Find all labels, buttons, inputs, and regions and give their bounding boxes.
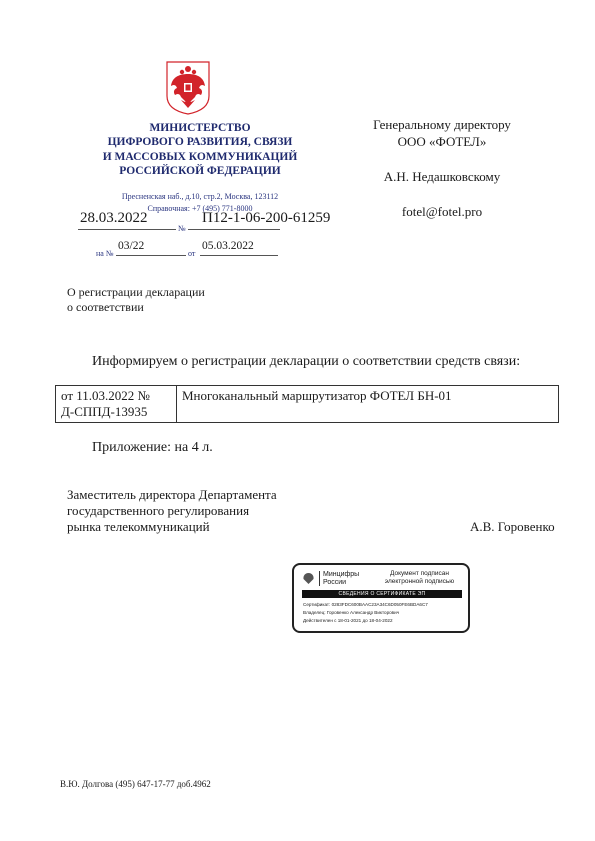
reference-date: 05.03.2022 (202, 240, 254, 252)
emblem-small-icon (302, 572, 315, 585)
ministry-address: Пресненская наб., д.10, стр.2, Москва, 1… (70, 191, 330, 203)
registration-date-underline (78, 229, 176, 230)
recipient-email[interactable]: fotel@fotel.pro (352, 203, 532, 220)
reference-number-underline (116, 255, 186, 256)
recipient-position: Генеральному директору (352, 116, 532, 133)
table-row: от 11.03.2022 № Д-СППД-13935 Многоканаль… (56, 386, 559, 423)
ministry-line: МИНИСТЕРСТВО (70, 121, 330, 135)
signer-title-line: рынка телекоммуникаций (67, 519, 277, 535)
electronic-signature-stamp: Минцифры России Документ подписан электр… (292, 563, 470, 633)
device-name-cell: Многоканальный маршрутизатор ФОТЕЛ БН-01 (177, 386, 559, 423)
ministry-name: МИНИСТЕРСТВО ЦИФРОВОГО РАЗВИТИЯ, СВЯЗИ И… (70, 121, 330, 178)
signed-notice: Документ подписан электронной подписью (372, 570, 467, 586)
signed-line: Документ подписан (372, 570, 467, 578)
signer-title: Заместитель директора Департамента госуд… (67, 487, 277, 535)
declaration-table: от 11.03.2022 № Д-СППД-13935 Многоканаль… (55, 385, 559, 423)
declaration-registration-cell: от 11.03.2022 № Д-СППД-13935 (56, 386, 177, 423)
certificate-owner: Владелец: Горовенко Александр Викторович (303, 610, 399, 616)
reference-date-underline (200, 255, 278, 256)
recipient-name: А.Н. Недашковскому (352, 168, 532, 185)
recipient-company: ООО «ФОТЕЛ» (352, 133, 532, 150)
executor-contact: В.Ю. Долгова (495) 647-17-77 доб.4962 (60, 779, 211, 789)
reference-number-label: на № (96, 249, 113, 258)
letter-subject: О регистрации декларации о соответствии (67, 285, 205, 315)
brand-line: России (323, 579, 359, 587)
recipient-block: Генеральному директору ООО «ФОТЕЛ» А.Н. … (352, 116, 532, 220)
ministry-brand: Минцифры России (319, 571, 359, 586)
registration-number: П12-1-06-200-61259 (202, 210, 330, 227)
registration-date: 28.03.2022 (80, 210, 148, 227)
brand-line: Минцифры (323, 571, 359, 579)
reference-number: 03/22 (118, 240, 144, 252)
signed-line: электронной подписью (372, 578, 467, 586)
subject-line: о соответствии (67, 300, 205, 315)
signer-name: А.В. Горовенко (470, 519, 555, 535)
inform-text: Информируем о регистрации декларации о с… (92, 354, 520, 370)
certificate-id: Сертификат: 0283FDC600BAAC23A34C6D050FE6… (303, 602, 428, 608)
appendix-note: Приложение: на 4 л. (92, 440, 213, 456)
ministry-line: ЦИФРОВОГО РАЗВИТИЯ, СВЯЗИ (70, 135, 330, 149)
number-sign-label: № (178, 224, 186, 233)
russian-coat-of-arms-icon (164, 60, 212, 116)
certificate-header-bar: СВЕДЕНИЯ О СЕРТИФИКАТЕ ЭП (302, 590, 462, 598)
subject-line: О регистрации декларации (67, 285, 205, 300)
signer-title-line: Заместитель директора Департамента (67, 487, 277, 503)
certificate-validity: Действителен с 18-01-2021 до 18-04-2022 (303, 618, 393, 624)
declaration-date: от 11.03.2022 № (61, 388, 171, 404)
ministry-line: И МАССОВЫХ КОММУНИКАЦИЙ (70, 150, 330, 164)
declaration-number: Д-СППД-13935 (61, 404, 171, 420)
signer-title-line: государственного регулирования (67, 503, 277, 519)
ministry-line: РОССИЙСКОЙ ФЕДЕРАЦИИ (70, 164, 330, 178)
registration-number-underline (188, 229, 280, 230)
reference-from-label: от (188, 249, 195, 258)
